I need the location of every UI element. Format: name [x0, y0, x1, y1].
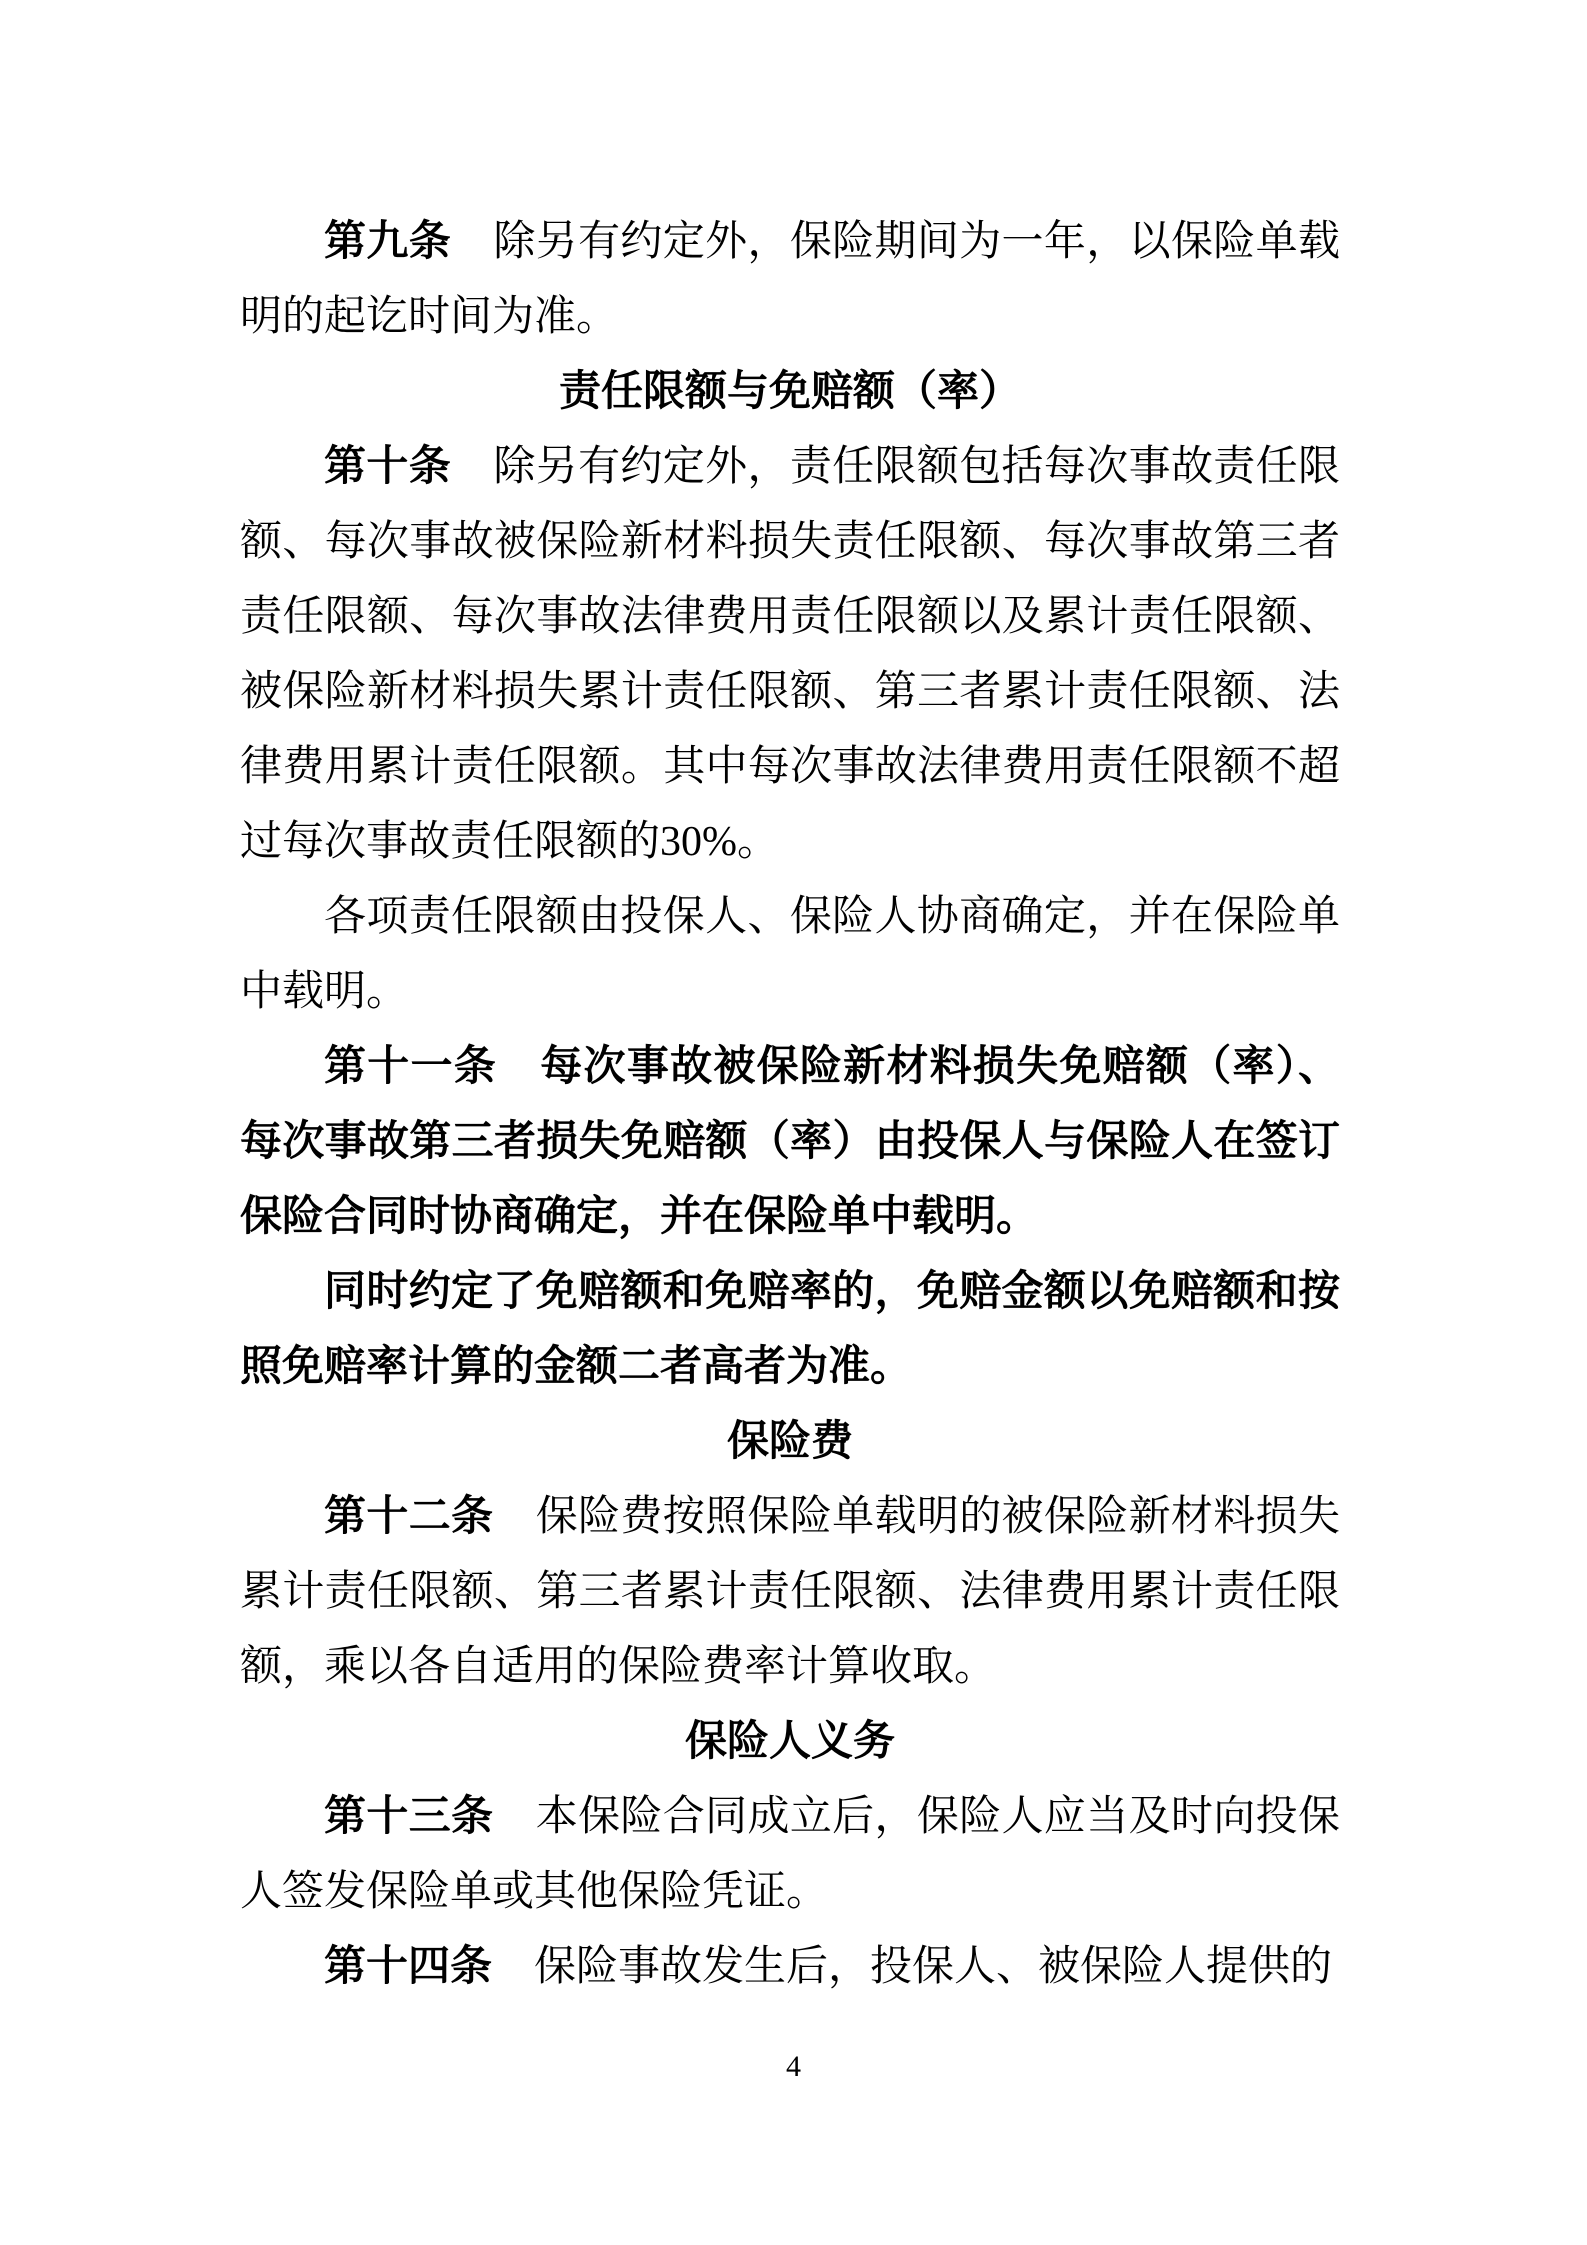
bold-text: 第九条 [324, 219, 451, 265]
bold-text: 第十三条 [324, 1794, 493, 1840]
body-text: 各项责任限额由投保人、保险人协商确定，并在保险单中载明。 [240, 894, 1340, 1015]
document-page: 第九条 除另有约定外，保险期间为一年，以保险单载明的起讫时间为准。责任限额与免赔… [0, 0, 1587, 2245]
bold-text: 第十二条 [324, 1494, 493, 1540]
bold-text: 第十四条 [324, 1944, 492, 1990]
heading-insurer-obligations: 保险人义务 [240, 1705, 1340, 1780]
paragraph-limits-agreement: 各项责任限额由投保人、保险人协商确定，并在保险单中载明。 [240, 880, 1340, 1030]
bold-text: 同时约定了免赔额和免赔率的，免赔金额以免赔额和按照免赔率计算的金额二者高者为准。 [240, 1269, 1340, 1390]
bold-text: 保险费 [727, 1419, 853, 1465]
heading-liability-and-deductible: 责任限额与免赔额（率） [240, 355, 1340, 430]
article-11: 第十一条 每次事故被保险新材料损失免赔额（率）、每次事故第三者损失免赔额（率）由… [240, 1030, 1340, 1255]
article-12: 第十二条 保险费按照保险单载明的被保险新材料损失累计责任限额、第三者累计责任限额… [240, 1480, 1340, 1705]
article-14: 第十四条 保险事故发生后，投保人、被保险人提供的 [240, 1930, 1340, 2005]
bold-text: 保险人义务 [685, 1719, 895, 1765]
article-10: 第十条 除另有约定外，责任限额包括每次事故责任限额、每次事故被保险新材料损失责任… [240, 430, 1340, 880]
body-text: 除另有约定外，责任限额包括每次事故责任限额、每次事故被保险新材料损失责任限额、每… [240, 444, 1340, 865]
article-13: 第十三条 本保险合同成立后，保险人应当及时向投保人签发保险单或其他保险凭证。 [240, 1780, 1340, 1930]
article-9: 第九条 除另有约定外，保险期间为一年，以保险单载明的起讫时间为准。 [240, 205, 1340, 355]
bold-text: 第十一条 每次事故被保险新材料损失免赔额（率）、每次事故第三者损失免赔额（率）由… [240, 1044, 1340, 1240]
body-text: 保险事故发生后，投保人、被保险人提供的 [492, 1944, 1332, 1990]
heading-premium: 保险费 [240, 1405, 1340, 1480]
document-body: 第九条 除另有约定外，保险期间为一年，以保险单载明的起讫时间为准。责任限额与免赔… [240, 205, 1340, 2005]
paragraph-deductible-rule: 同时约定了免赔额和免赔率的，免赔金额以免赔额和按照免赔率计算的金额二者高者为准。 [240, 1255, 1340, 1405]
bold-text: 责任限额与免赔额（率） [559, 369, 1021, 415]
bold-text: 第十条 [324, 444, 451, 490]
page-number: 4 [0, 2048, 1587, 2086]
